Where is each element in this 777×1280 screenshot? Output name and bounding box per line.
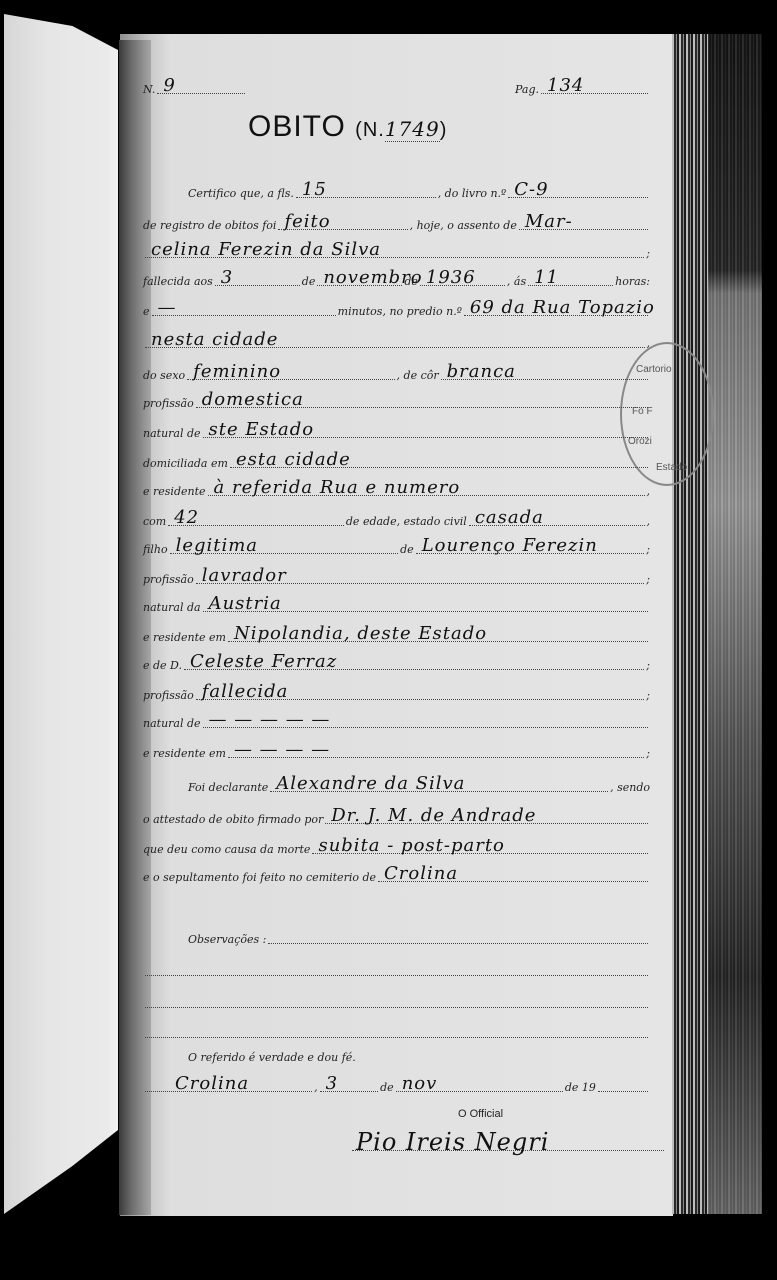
observations-line bbox=[143, 1020, 650, 1042]
form-field-row: profissãofallecida; bbox=[143, 682, 650, 704]
field-label: , hoje, o assento de bbox=[410, 219, 517, 234]
field-end: ; bbox=[646, 689, 650, 704]
handwritten-value: ste Estado bbox=[209, 419, 315, 440]
field-label: profissão bbox=[143, 573, 194, 588]
form-field-row: profissãolavrador; bbox=[143, 566, 650, 588]
field-label: e residente em bbox=[143, 631, 226, 646]
handwritten-value: — bbox=[158, 297, 177, 318]
field-label: e residente bbox=[143, 485, 206, 500]
form-field-row: Foi declaranteAlexandre da Silva, sendo bbox=[188, 774, 650, 796]
form-field-row: que deu como causa da mortesubita - post… bbox=[143, 836, 650, 858]
field-label: natural da bbox=[143, 601, 201, 616]
field-label: com bbox=[143, 515, 166, 530]
handwritten-value: Mar- bbox=[525, 211, 573, 232]
handwritten-value: nesta cidade bbox=[151, 329, 278, 350]
handwritten-value: esta cidade bbox=[236, 449, 351, 470]
field-end: , bbox=[647, 515, 651, 530]
handwritten-value: Alexandre da Silva bbox=[276, 773, 465, 794]
form-field-row: e residenteà referida Rua e numero, bbox=[143, 478, 650, 500]
field-label: de registro de obitos foi bbox=[143, 219, 276, 234]
form-field-row: e—minutos, no predio n.º69 da Rua Topazi… bbox=[143, 298, 650, 320]
form-field-row: fallecida aos3denovembrode1936, ás11hora… bbox=[143, 268, 650, 290]
death-record-number: 1749 bbox=[385, 117, 440, 142]
observations-line bbox=[143, 990, 650, 1012]
date-line: Crolina , 3 de nov de 19 bbox=[143, 1074, 650, 1096]
field-label: profissão bbox=[143, 689, 194, 704]
form-field-row: e residente emNipolandia, deste Estado bbox=[143, 624, 650, 646]
field-label: fallecida aos bbox=[143, 275, 213, 290]
field-label: filho bbox=[143, 543, 168, 558]
form-field-row: natural de— — — — — bbox=[143, 710, 650, 732]
field-label: de edade, estado civil bbox=[346, 515, 467, 530]
form-field-row: celina Ferezin da Silva; bbox=[143, 240, 650, 262]
left-page bbox=[4, 14, 118, 1214]
closing-statement: O referido é verdade e dou fé. bbox=[188, 1044, 650, 1066]
field-label: e residente em bbox=[143, 747, 226, 762]
observations-line bbox=[143, 958, 650, 980]
handwritten-value: Austria bbox=[209, 593, 282, 614]
form-field-row: domiciliada emesta cidade bbox=[143, 450, 650, 472]
field-label: de bbox=[400, 543, 414, 558]
handwritten-value: 11 bbox=[534, 267, 559, 288]
field-label: natural de bbox=[143, 427, 201, 442]
form-field-row: e de D.Celeste Ferraz; bbox=[143, 652, 650, 674]
handwritten-value: à referida Rua e numero bbox=[214, 477, 461, 498]
handwritten-value: 3 bbox=[221, 267, 233, 288]
field-label: , de côr bbox=[397, 369, 439, 384]
handwritten-value: Crolina bbox=[384, 863, 458, 884]
official-signature: Pio Ireis Negri bbox=[352, 1118, 664, 1151]
field-end: , bbox=[647, 337, 651, 352]
handwritten-value: casada bbox=[475, 507, 544, 528]
handwritten-value: domestica bbox=[202, 389, 304, 410]
form-field-row: do sexofeminino, de côrbranca bbox=[143, 362, 650, 384]
field-label: que deu como causa da morte bbox=[143, 843, 310, 858]
handwritten-value: legitima bbox=[176, 535, 258, 556]
handwritten-value: Lourenço Ferezin bbox=[422, 535, 598, 556]
field-label: profissão bbox=[143, 397, 194, 412]
form-field-row: e o sepultamento foi feito no cemiterio … bbox=[143, 864, 650, 886]
form-field-row: e residente em— — — —; bbox=[143, 740, 650, 762]
handwritten-value: lavrador bbox=[202, 565, 287, 586]
field-label: e de D. bbox=[143, 659, 182, 674]
form-field-row: profissãodomestica bbox=[143, 390, 650, 412]
page-number: Pag. 134 bbox=[515, 76, 650, 98]
field-label: , ás bbox=[507, 275, 526, 290]
field-label: e o sepultamento foi feito no cemiterio … bbox=[143, 871, 376, 886]
handwritten-value: 69 da Rua Topazio bbox=[470, 297, 655, 318]
field-label: horas: bbox=[615, 275, 650, 290]
handwritten-value: subita - post-parto bbox=[318, 835, 504, 856]
handwritten-value: Dr. J. M. de Andrade bbox=[331, 805, 536, 826]
handwritten-value: 1936 bbox=[426, 267, 476, 288]
record-number: N. 9 bbox=[143, 76, 247, 98]
field-end: ; bbox=[646, 543, 650, 558]
form-field-row: com42de edade, estado civilcasada, bbox=[143, 508, 650, 530]
page-title: OBITO (N.1749) bbox=[248, 110, 447, 144]
field-label: o attestado de obito firmado por bbox=[143, 813, 323, 828]
handwritten-value: novembro bbox=[323, 267, 422, 288]
field-end: ; bbox=[646, 573, 650, 588]
field-label: , do livro n.º bbox=[438, 187, 507, 202]
record-number-value: 9 bbox=[163, 75, 175, 96]
handwritten-value: Celeste Ferraz bbox=[190, 651, 337, 672]
handwritten-value: Nipolandia, deste Estado bbox=[234, 623, 487, 644]
handwritten-value: feito bbox=[284, 211, 330, 232]
handwritten-value: feminino bbox=[193, 361, 281, 382]
field-label: de bbox=[302, 275, 316, 290]
form-field-row: o attestado de obito firmado porDr. J. M… bbox=[143, 806, 650, 828]
handwritten-value: — — — — — bbox=[209, 709, 331, 730]
field-label: e bbox=[143, 305, 150, 320]
handwritten-value: 15 bbox=[302, 179, 327, 200]
field-label: natural de bbox=[143, 717, 201, 732]
field-label: minutos, no predio n.º bbox=[338, 305, 462, 320]
field-label: Certifico que, a fls. bbox=[188, 187, 294, 202]
handwritten-value: branca bbox=[447, 361, 516, 382]
field-end: , bbox=[647, 485, 651, 500]
field-end: , sendo bbox=[610, 781, 650, 796]
form-field-row: Certifico que, a fls.15, do livro n.ºC-9 bbox=[188, 180, 650, 202]
field-label: domiciliada em bbox=[143, 457, 228, 472]
handwritten-value: fallecida bbox=[202, 681, 289, 702]
observations: Observações : bbox=[188, 926, 650, 948]
form-field-row: natural deste Estado bbox=[143, 420, 650, 442]
form-field-row: nesta cidade, bbox=[143, 330, 650, 352]
field-label: do sexo bbox=[143, 369, 185, 384]
book-edge bbox=[708, 34, 762, 1214]
handwritten-value: celina Ferezin da Silva bbox=[151, 239, 381, 260]
form-field-row: de registro de obitos foifeito, hoje, o … bbox=[143, 212, 650, 234]
page-number-value: 134 bbox=[547, 75, 584, 96]
field-end: ; bbox=[646, 747, 650, 762]
handwritten-value: 42 bbox=[174, 507, 199, 528]
field-end: ; bbox=[646, 659, 650, 674]
form-field-row: filholegitimadeLourenço Ferezin; bbox=[143, 536, 650, 558]
field-end: ; bbox=[646, 247, 650, 262]
field-label: Foi declarante bbox=[188, 781, 268, 796]
handwritten-value: C-9 bbox=[514, 179, 548, 200]
handwritten-value: — — — — bbox=[234, 739, 330, 760]
form-field-row: natural daAustria bbox=[143, 594, 650, 616]
